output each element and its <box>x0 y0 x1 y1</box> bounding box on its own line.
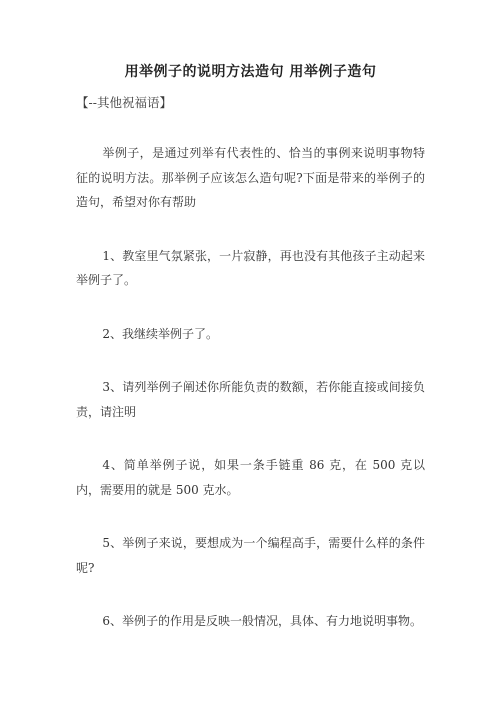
sentence-item-6: 6、举例子的作用是反映一般情况，具体、有力地说明事物。 <box>76 609 425 634</box>
sentence-item-3: 3、请列举例子阐述你所能负责的数额，若你能直接或间接负责，请注明 <box>76 375 425 424</box>
sentence-item-4: 4、简单举例子说，如果一条手链重 86 克，在 500 克以内，需要用的就是 5… <box>76 453 425 502</box>
sentence-item-2: 2、我继续举例子了。 <box>76 322 425 347</box>
category-label: 【--其他祝福语】 <box>76 91 425 116</box>
page-title: 用举例子的说明方法造句 用举例子造句 <box>76 60 425 85</box>
sentence-item-5: 5、举例子来说，要想成为一个编程高手，需要什么样的条件呢? <box>76 531 425 580</box>
intro-paragraph: 举例子，是通过列举有代表性的、恰当的事例来说明事物特征的说明方法。那举例子应该怎… <box>76 141 425 215</box>
sentence-item-1: 1、教室里气氛紧张，一片寂静，再也没有其他孩子主动起来举例子了。 <box>76 244 425 293</box>
document-page: 用举例子的说明方法造句 用举例子造句 【--其他祝福语】 举例子，是通过列举有代… <box>0 0 500 707</box>
